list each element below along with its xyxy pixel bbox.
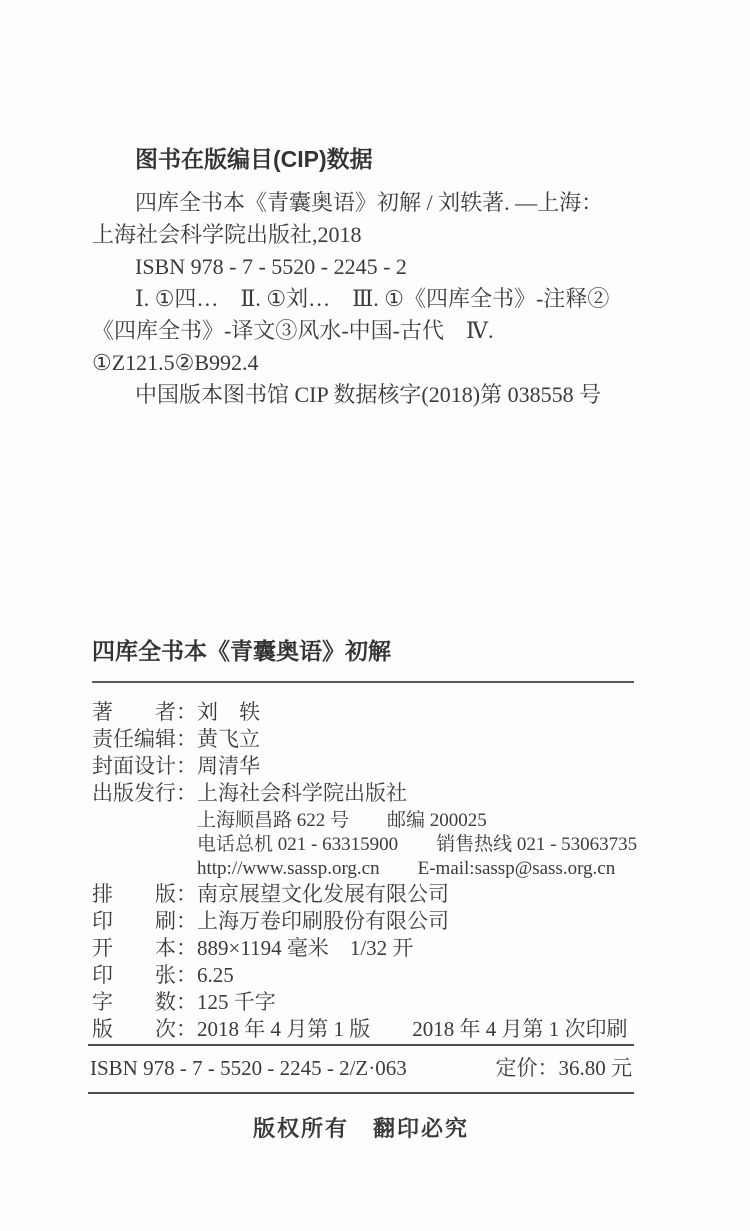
cip-isbn-line: ISBN 978 - 7 - 5520 - 2245 - 2 — [92, 251, 640, 283]
cip-class-line-1: Ⅰ. ①四… Ⅱ. ①刘… Ⅲ. ①《四库全书》-注释② — [92, 283, 640, 315]
info-row-editor: 责任编辑： 黄飞立 — [92, 726, 634, 753]
cip-class-line-3: ①Z121.5②B992.4 — [92, 347, 640, 379]
word-count-value: 125 千字 — [197, 989, 276, 1016]
info-row-publisher: 出版发行： 上海社会科学院出版社 — [92, 780, 634, 807]
cover-design-value: 周清华 — [197, 753, 260, 780]
cip-heading: 图书在版编目(CIP)数据 — [135, 145, 640, 173]
cip-record-number: 中国版本图书馆 CIP 数据核字(2018)第 038558 号 — [92, 379, 640, 411]
copyright-page: 图书在版编目(CIP)数据 四库全书本《青囊奥语》初解 / 刘轶著. —上海： … — [0, 0, 750, 1231]
printing-value: 上海万卷印刷股份有限公司 — [197, 908, 449, 935]
publisher-phones: 电话总机 021 - 63315900 销售热线 021 - 53063735 — [197, 833, 634, 857]
isbn-price-row: ISBN 978 - 7 - 5520 - 2245 - 2/Z·063 定价：… — [88, 1046, 634, 1092]
author-label: 著 者： — [92, 699, 197, 726]
cover-design-label: 封面设计： — [92, 753, 197, 780]
publisher-address: 上海顺昌路 622 号 邮编 200025 — [197, 809, 634, 833]
publisher-label: 出版发行： — [92, 780, 197, 807]
footer-rule-bottom — [88, 1092, 634, 1094]
typesetting-value: 南京展望文化发展有限公司 — [197, 881, 449, 908]
info-row-word-count: 字 数： 125 千字 — [92, 989, 634, 1016]
format-value: 889×1194 毫米 1/32 开 — [197, 935, 413, 962]
editor-value: 黄飞立 — [197, 726, 260, 753]
publisher-details: 上海顺昌路 622 号 邮编 200025 电话总机 021 - 6331590… — [197, 809, 634, 881]
word-count-label: 字 数： — [92, 989, 197, 1016]
info-row-author: 著 者： 刘 轶 — [92, 699, 634, 726]
info-row-edition: 版 次： 2018 年 4 月第 1 版 2018 年 4 月第 1 次印刷 — [92, 1016, 634, 1043]
typesetting-label: 排 版： — [92, 881, 197, 908]
sheets-label: 印 张： — [92, 962, 197, 989]
cip-entry-line-1: 四库全书本《青囊奥语》初解 / 刘轶著. —上海： — [92, 187, 640, 219]
publisher-web-email: http://www.sassp.org.cn E-mail:sassp@sas… — [197, 857, 634, 881]
publisher-value: 上海社会科学院出版社 — [197, 780, 407, 807]
info-row-cover-design: 封面设计： 周清华 — [92, 753, 634, 780]
title-divider-line — [92, 681, 634, 683]
info-row-sheets: 印 张： 6.25 — [92, 962, 634, 989]
cip-section: 图书在版编目(CIP)数据 四库全书本《青囊奥语》初解 / 刘轶著. —上海： … — [92, 145, 640, 411]
publication-info-list: 著 者： 刘 轶 责任编辑： 黄飞立 封面设计： 周清华 出版发行： 上海社会科… — [92, 699, 634, 1043]
cip-class-line-2: 《四库全书》-译文③风水-中国-古代 Ⅳ. — [92, 315, 640, 347]
edition-label: 版 次： — [92, 1016, 197, 1043]
book-title: 四库全书本《青囊奥语》初解 — [92, 637, 634, 665]
copyright-notice: 版权所有 翻印必究 — [88, 1112, 634, 1143]
footer-price: 定价：36.80 元 — [496, 1054, 633, 1082]
sheets-value: 6.25 — [197, 962, 234, 989]
author-value: 刘 轶 — [197, 699, 260, 726]
cip-entry-line-2: 上海社会科学院出版社,2018 — [92, 219, 640, 251]
format-label: 开 本： — [92, 935, 197, 962]
colophon-section: 四库全书本《青囊奥语》初解 著 者： 刘 轶 责任编辑： 黄飞立 封面设计： 周… — [92, 637, 634, 1043]
footer-section: ISBN 978 - 7 - 5520 - 2245 - 2/Z·063 定价：… — [88, 1044, 634, 1143]
info-row-format: 开 本： 889×1194 毫米 1/32 开 — [92, 935, 634, 962]
footer-isbn: ISBN 978 - 7 - 5520 - 2245 - 2/Z·063 — [90, 1054, 407, 1082]
editor-label: 责任编辑： — [92, 726, 197, 753]
edition-value: 2018 年 4 月第 1 版 2018 年 4 月第 1 次印刷 — [197, 1016, 628, 1043]
info-row-printing: 印 刷： 上海万卷印刷股份有限公司 — [92, 908, 634, 935]
printing-label: 印 刷： — [92, 908, 197, 935]
info-row-typesetting: 排 版： 南京展望文化发展有限公司 — [92, 881, 634, 908]
